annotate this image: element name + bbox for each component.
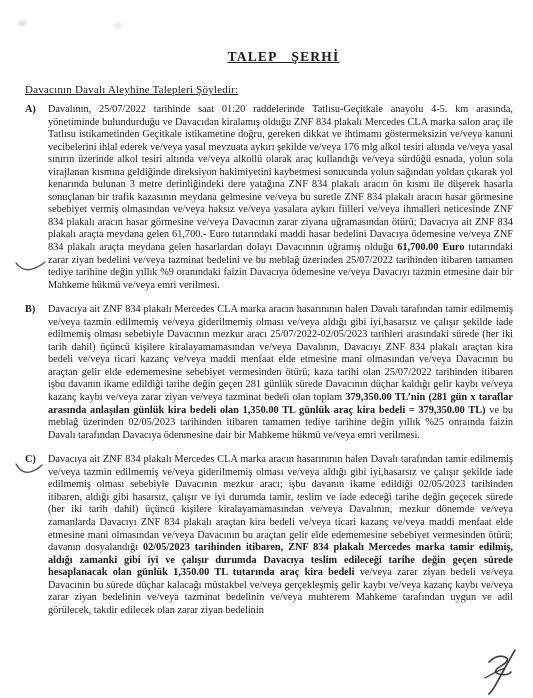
- claims-list: A)Davalının, 25/07/2022 tarihinde saat 0…: [25, 104, 513, 629]
- scan-smudge-icon: [114, 22, 122, 29]
- claim-text-bold: 61,700.00 Euro: [397, 242, 464, 253]
- claim-text: Davalının, 25/07/2022 tarihinde saat 01:…: [48, 104, 513, 253]
- document-title: TALEP ŞERHİ: [17, 49, 533, 65]
- claim-label: B): [25, 304, 48, 317]
- claim-label: A): [25, 104, 48, 117]
- claim-paragraph-B: B)Davacıya ait ZNF 834 plakalı Mercedes …: [25, 304, 513, 442]
- claim-label: C): [25, 454, 48, 467]
- document-page: TALEP ŞERHİ Davacının Davalı Aleyhine Ta…: [0, 0, 533, 698]
- claim-text: Davacıya ait ZNF 834 plakalı Mercedes CL…: [48, 454, 513, 553]
- signature-paraph-icon: [481, 648, 521, 696]
- section-heading: Davacının Davalı Aleyhine Talepleri Şöyl…: [25, 84, 238, 96]
- claim-paragraph-A: A)Davalının, 25/07/2022 tarihinde saat 0…: [25, 104, 513, 292]
- claim-paragraph-C: C)Davacıya ait ZNF 834 plakalı Mercedes …: [25, 454, 513, 617]
- claim-text: Davacıya ait ZNF 834 plakalı Mercedes CL…: [48, 304, 513, 403]
- scan-smudge-icon: [17, 19, 27, 27]
